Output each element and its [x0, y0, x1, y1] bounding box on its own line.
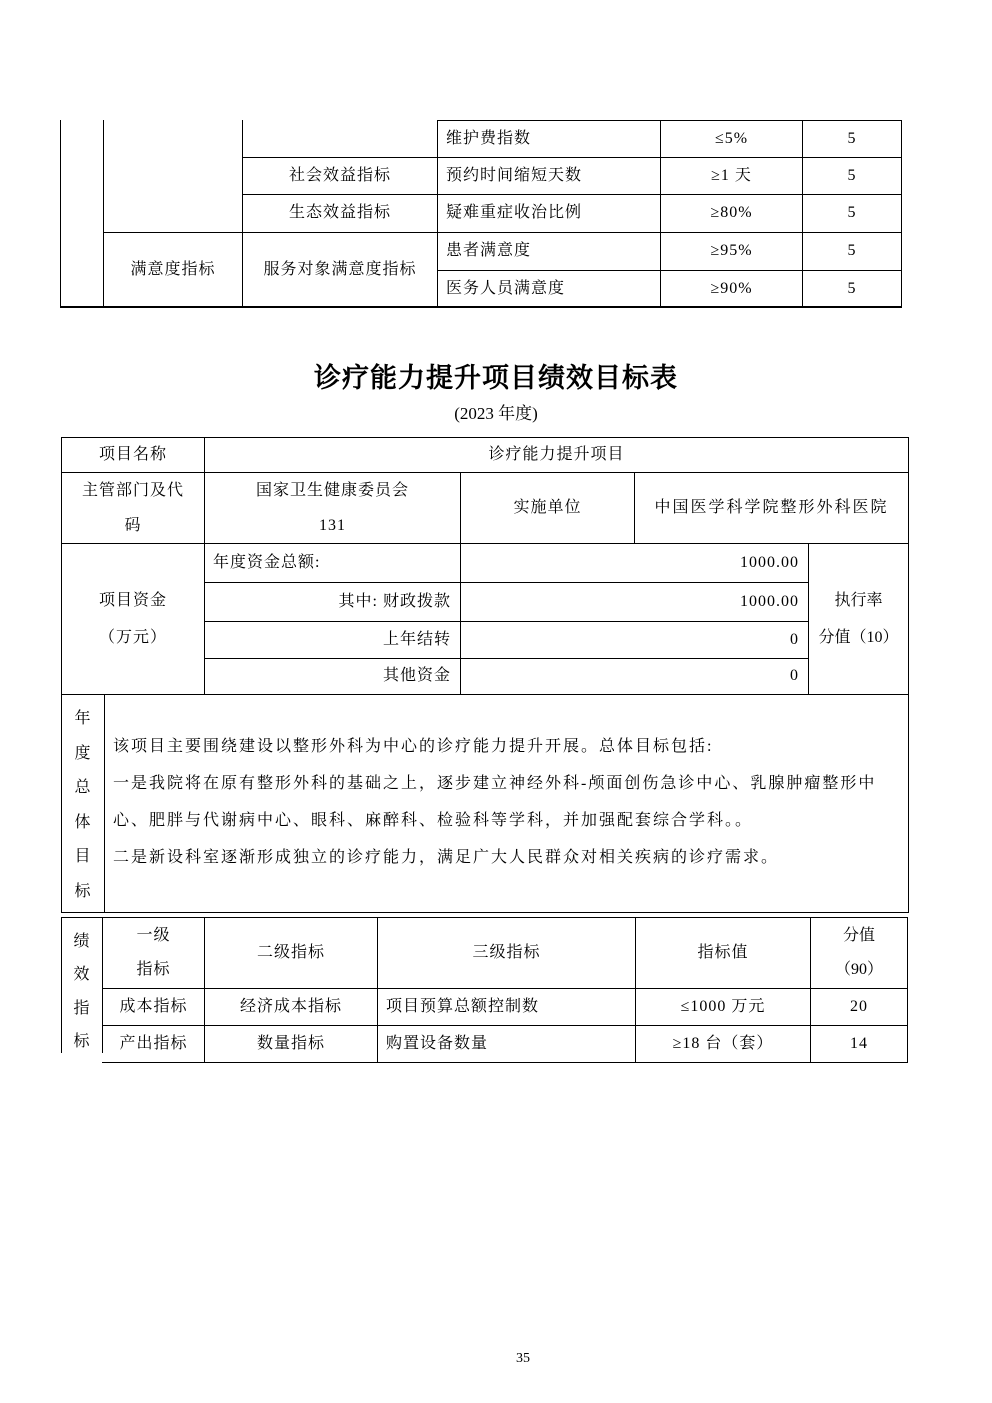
goal-label-char: 目	[74, 843, 91, 866]
funds-row-label: 上年结转	[205, 621, 460, 658]
goal-label-char: 总	[74, 774, 91, 797]
annual-goal-label: 年 度 总 体 目 标	[62, 694, 104, 912]
project-name-value: 诊疗能力提升项目	[205, 437, 908, 472]
execution-rate-label: 执行率 分值（10）	[809, 543, 908, 694]
grid-line	[908, 437, 909, 695]
score-cell: 5	[803, 120, 901, 157]
level3-cell: 购置设备数量	[378, 1025, 635, 1062]
funds-label-line2: （万元）	[99, 619, 167, 656]
score-cell: 20	[811, 988, 907, 1025]
page-number: 35	[516, 1351, 530, 1367]
score-cell: 5	[803, 194, 901, 232]
secondary-indicator-cell: 生态效益指标	[243, 194, 437, 232]
perf-label-char: 指	[73, 995, 90, 1018]
target-value-cell: ≤5%	[661, 120, 802, 157]
tertiary-indicator-cell: 医务人员满意度	[438, 270, 660, 307]
funds-row-label: 其中: 财政拨款	[205, 582, 460, 621]
dept-label-line2: 码	[124, 508, 141, 543]
tertiary-indicator-cell: 预约时间缩短天数	[438, 157, 660, 194]
primary-indicator-cell: 满意度指标	[104, 232, 242, 307]
execution-rate-line1: 执行率	[834, 582, 882, 619]
perf-label-char: 效	[73, 961, 90, 984]
header-level1: 一级 指标	[103, 917, 204, 988]
target-value-cell: ≥90%	[661, 270, 802, 307]
grid-line	[102, 1062, 908, 1063]
target-value-cell: ≥80%	[661, 194, 802, 232]
grid-line	[61, 912, 909, 913]
funds-row-label: 其他资金	[205, 658, 460, 694]
tertiary-indicator-cell: 维护费指数	[438, 120, 660, 157]
funds-label-line1: 项目资金	[99, 582, 167, 619]
goal-label-char: 标	[74, 878, 91, 901]
dept-label-line1: 主管部门及代	[82, 473, 184, 508]
funds-row-value: 1000.00	[461, 582, 808, 621]
level3-cell: 项目预算总额控制数	[378, 988, 635, 1025]
tertiary-indicator-cell: 疑难重症收治比例	[438, 194, 660, 232]
header-score-line2: （90）	[835, 953, 883, 987]
performance-table-label: 绩 效 指 标	[62, 917, 102, 1062]
annual-goal-text: 该项目主要围绕建设以整形外科为中心的诊疗能力提升开展。总体目标包括: 一是我院将…	[105, 694, 908, 912]
document-page: 社会效益指标 生态效益指标 满意度指标 服务对象满意度指标 维护费指数 预约时间…	[0, 0, 992, 1403]
dept-name: 国家卫生健康委员会	[256, 473, 409, 508]
project-name-label: 项目名称	[62, 437, 204, 472]
funds-row-value: 1000.00	[461, 543, 808, 582]
level1-cell: 产出指标	[103, 1025, 204, 1062]
score-cell: 14	[811, 1025, 907, 1062]
goal-text-line: 一是我院将在原有整形外科的基础之上，逐步建立神经外科-颅面创伤急诊中心、乳腺肿瘤…	[113, 765, 908, 802]
goal-text-line: 心、肥胖与代谢病中心、眼科、麻醉科、检验科等学科，并加强配套综合学科。。	[113, 802, 908, 839]
value-cell: ≥18 台（套）	[636, 1025, 810, 1062]
dept-code: 131	[319, 508, 346, 543]
page-subtitle: (2023 年度)	[0, 399, 992, 424]
header-level1-line1: 一级	[136, 919, 170, 953]
funds-label: 项目资金 （万元）	[62, 543, 204, 694]
impl-unit-value: 中国医学科学院整形外科医院	[635, 472, 908, 543]
secondary-indicator-cell: 服务对象满意度指标	[243, 232, 437, 307]
funds-row-value: 0	[461, 658, 808, 694]
perf-label-char: 标	[73, 1028, 90, 1051]
header-level3: 三级指标	[378, 917, 635, 988]
grid-line	[907, 917, 908, 1062]
funds-row-value: 0	[461, 621, 808, 658]
funds-row-label: 年度资金总额:	[205, 543, 460, 582]
page-title: 诊疗能力提升项目绩效目标表	[0, 356, 992, 395]
header-score-line1: 分值	[843, 919, 875, 953]
header-value: 指标值	[636, 917, 810, 988]
score-cell: 5	[803, 157, 901, 194]
target-value-cell: ≥95%	[661, 232, 802, 270]
secondary-indicator-cell: 社会效益指标	[243, 157, 437, 194]
goal-label-char: 体	[74, 809, 91, 832]
impl-unit-label: 实施单位	[461, 472, 634, 543]
grid-line	[60, 120, 61, 307]
goal-text-line: 该项目主要围绕建设以整形外科为中心的诊疗能力提升开展。总体目标包括:	[113, 728, 908, 765]
header-level2: 二级指标	[205, 917, 377, 988]
score-cell: 5	[803, 232, 901, 270]
value-cell: ≤1000 万元	[636, 988, 810, 1025]
level1-cell: 成本指标	[103, 988, 204, 1025]
level2-cell: 数量指标	[205, 1025, 377, 1062]
goal-label-char: 度	[74, 740, 91, 763]
header-level1-line2: 指标	[136, 953, 170, 987]
goal-label-char: 年	[74, 705, 91, 728]
perf-label-char: 绩	[73, 928, 90, 951]
header-score: 分值 （90）	[811, 917, 907, 988]
grid-line	[901, 120, 902, 307]
tertiary-indicator-cell: 患者满意度	[438, 232, 660, 270]
target-value-cell: ≥1 天	[661, 157, 802, 194]
dept-value: 国家卫生健康委员会 131	[205, 472, 460, 543]
execution-rate-line2: 分值（10）	[818, 619, 898, 656]
score-cell: 5	[803, 270, 901, 307]
dept-label: 主管部门及代 码	[62, 472, 204, 543]
grid-line	[908, 694, 909, 912]
level2-cell: 经济成本指标	[205, 988, 377, 1025]
goal-text-line: 二是新设科室逐渐形成独立的诊疗能力，满足广大人民群众对相关疾病的诊疗需求。	[113, 839, 908, 876]
